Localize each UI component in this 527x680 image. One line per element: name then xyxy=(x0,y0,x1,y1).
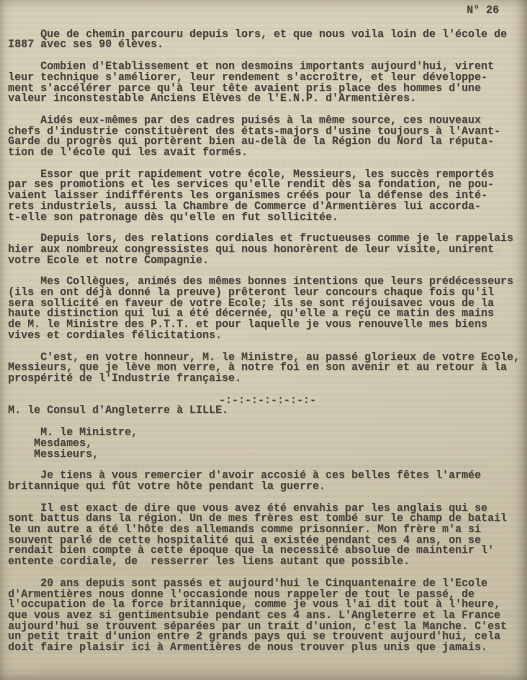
paragraph-6: Mes Collègues, animés des mêmes bonnes i… xyxy=(8,277,527,341)
bleedthrough-smudge xyxy=(60,268,490,274)
page-number: N° 26 xyxy=(8,6,527,17)
paragraph-8: Je tiens à vous remercier d'avoir accosi… xyxy=(8,471,527,492)
paragraph-2: Combien d'Etablissement et non desmoins … xyxy=(8,62,527,105)
paragraph-10: 20 ans depuis sont passés et aujourd'hui… xyxy=(8,579,527,654)
paragraph-1: Que de chemin parcouru depuis lors, et q… xyxy=(8,30,527,51)
salutation: M. le Ministre, Mesdames, Messieurs, xyxy=(8,428,527,460)
paragraph-3: Aidés eux-mêmes par des cadres puisés à … xyxy=(8,116,527,159)
paragraph-7: C'est, en votre honneur, M. le Ministre,… xyxy=(8,353,527,385)
paragraph-4: Essor que prit rapidement votre école, M… xyxy=(8,170,527,224)
bleedthrough-smudge xyxy=(120,463,490,469)
consul-line: M. le Consul d'Angleterre à LILLE. xyxy=(8,406,527,417)
paragraph-9: Il est exact de dire que vous avez été e… xyxy=(8,504,527,568)
bleedthrough-smudge xyxy=(100,160,480,166)
bleedthrough-smudge xyxy=(40,670,480,676)
typewritten-page: N° 26 Que de chemin parcouru depuis lors… xyxy=(0,0,527,680)
paragraph-5: Depuis lors, des relations cordiales et … xyxy=(8,234,527,266)
